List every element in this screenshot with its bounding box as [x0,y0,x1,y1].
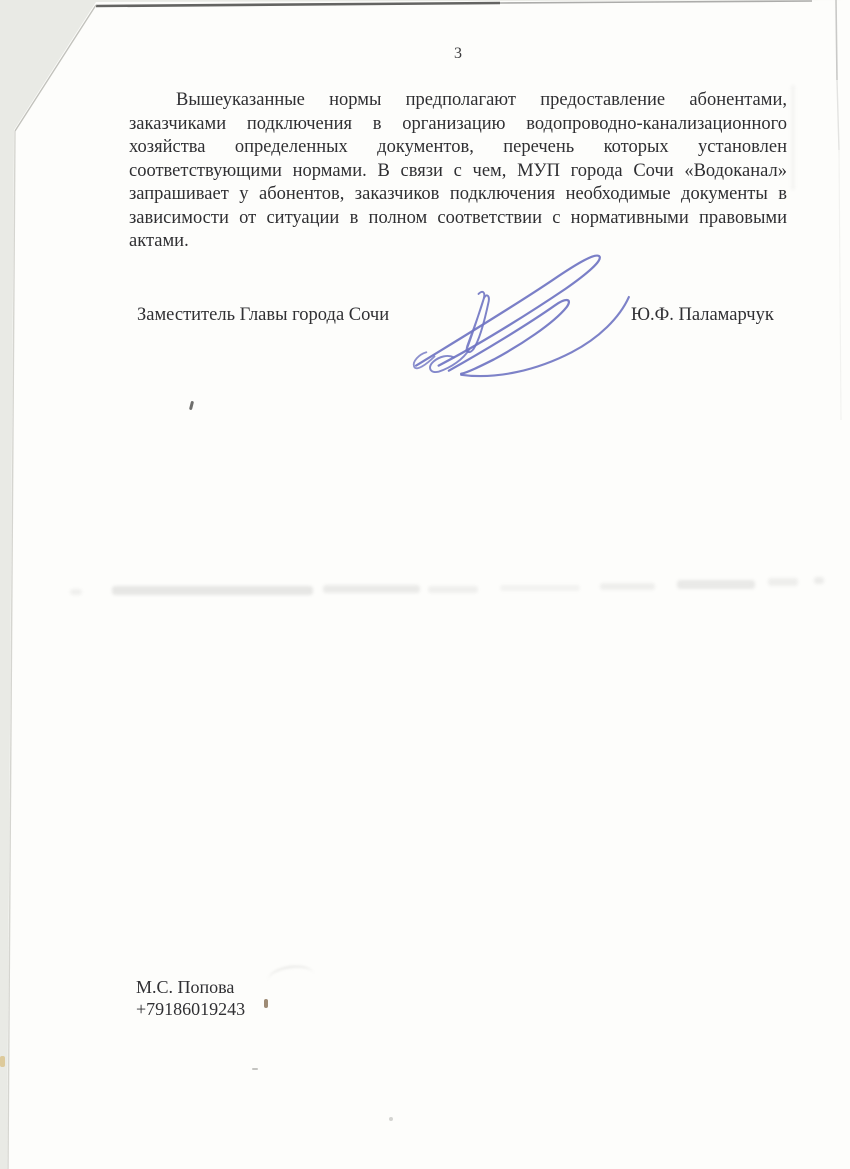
contact-phone: +79186019243 [136,999,245,1021]
brown-scan-speck [264,999,268,1008]
tiny-dash-speck [252,1068,258,1070]
paragraph-line: запрашивает у абонентов, заказчиков подк… [129,183,787,207]
paragraph-line: зависимости от ситуации в полном соответ… [129,207,787,231]
contact-name: М.С. Попова [136,977,245,999]
paragraph-line: заказчиками подключения в организацию во… [129,113,787,137]
scanned-page: 3 Вышеуказанные нормы предполагают предо… [0,0,850,1169]
paragraph-line: соответствующими нормами. В связи с чем,… [129,160,787,184]
handwritten-signature [410,250,635,385]
body-paragraph: Вышеуказанные нормы предполагают предост… [129,89,787,254]
signer-name: Ю.Ф. Паламарчук [631,304,774,327]
paragraph-line: Вышеуказанные нормы предполагают предост… [129,89,787,113]
contact-block: М.С. Попова +79186019243 [136,977,245,1020]
page-number: 3 [129,45,787,63]
yellow-scan-speck [0,1056,5,1067]
gray-dot-speck [389,1117,393,1121]
paragraph-line: хозяйства определенных документов, переч… [129,136,787,160]
signer-title: Заместитель Главы города Сочи [137,304,389,327]
